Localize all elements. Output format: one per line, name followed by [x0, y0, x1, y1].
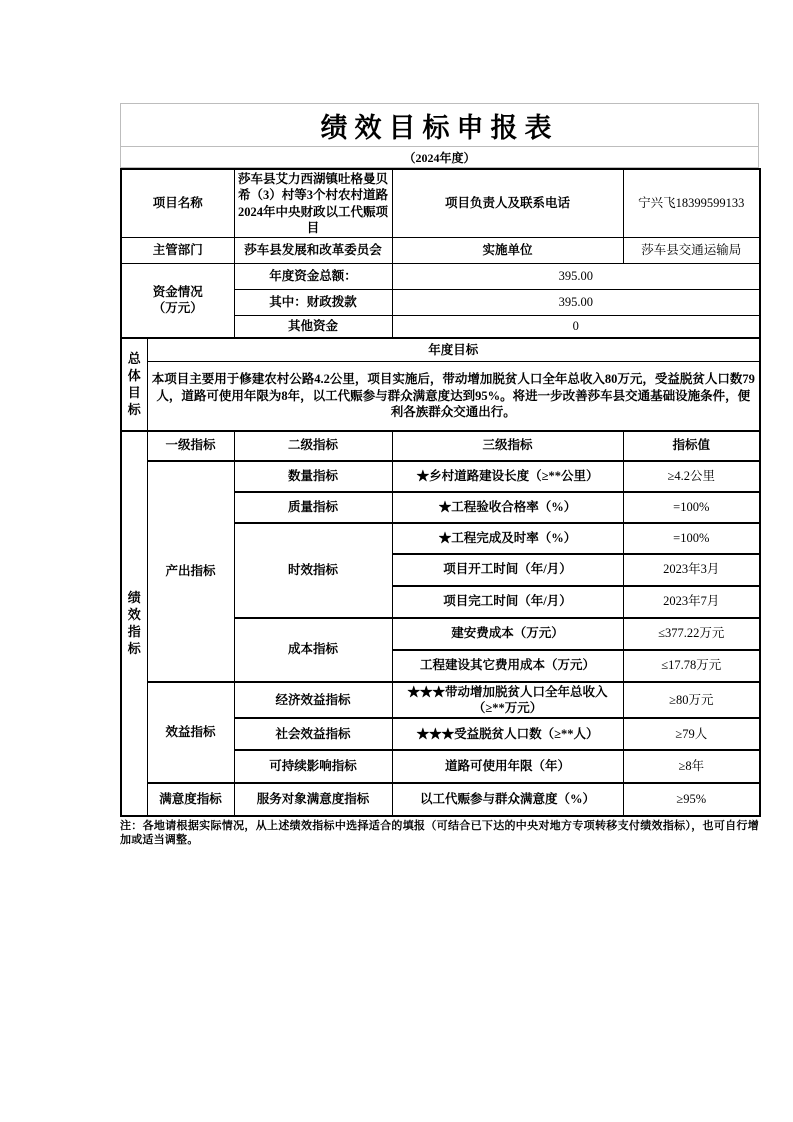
performance-target-table: 项目名称 莎车县艾力西湖镇吐格曼贝希（3）村等3个村农村道路2024年中央财政以…: [120, 168, 761, 817]
annual-goal-header: 年度目标: [147, 338, 760, 362]
indicator-name: ★工程完成及时率（%）: [392, 523, 623, 554]
funding-fiscal-label: 其中：财政拨款: [234, 290, 392, 316]
indicator-name: 建安费成本（万元）: [392, 618, 623, 650]
page-subtitle: （2024年度）: [120, 147, 759, 168]
header-value: 指标值: [623, 431, 760, 461]
level1-benefit: 效益指标: [147, 682, 234, 784]
indicator-name: 工程建设其它费用成本（万元）: [392, 650, 623, 682]
implementing-unit-value: 莎车县交通运输局: [623, 238, 760, 264]
indicator-name: ★★★带动增加脱贫人口全年总收入（≥**万元）: [392, 682, 623, 719]
document-page: 绩效目标申报表 （2024年度） 项目名称 莎车县艾力西湖镇吐格曼贝希（3）村等…: [0, 0, 793, 1122]
header-level1: 一级指标: [147, 431, 234, 461]
funding-total-row: 资金情况 （万元） 年度资金总额： 395.00: [121, 264, 760, 290]
indicator-value: ≥79人: [623, 718, 760, 750]
funding-other-label: 其他资金: [234, 316, 392, 338]
funding-section-label: 资金情况 （万元）: [121, 264, 234, 338]
annual-goal-text-row: 本项目主要用于修建农村公路4.2公里，项目实施后，带动增加脱贫人口全年总收入80…: [121, 362, 760, 431]
indicator-value: ≤17.78万元: [623, 650, 760, 682]
indicator-row: 满意度指标 服务对象满意度指标 以工代赈参与群众满意度（%） ≥95%: [121, 783, 760, 816]
department-row: 主管部门 莎车县发展和改革委员会 实施单位 莎车县交通运输局: [121, 238, 760, 264]
indicator-value: ≤377.22万元: [623, 618, 760, 650]
level2-quantity: 数量指标: [234, 461, 392, 492]
indicator-section-label-text: 绩效指标: [127, 589, 141, 657]
indicator-name: 项目完工时间（年/月）: [392, 586, 623, 618]
manager-label: 项目负责人及联系电话: [392, 169, 623, 238]
project-name-value: 莎车县艾力西湖镇吐格曼贝希（3）村等3个村农村道路2024年中央财政以工代赈项目: [234, 169, 392, 238]
indicator-value: =100%: [623, 523, 760, 554]
level1-satisfaction: 满意度指标: [147, 783, 234, 816]
indicator-value: ≥95%: [623, 783, 760, 816]
project-name-label: 项目名称: [121, 169, 234, 238]
indicator-name: 道路可使用年限（年）: [392, 750, 623, 783]
project-row: 项目名称 莎车县艾力西湖镇吐格曼贝希（3）村等3个村农村道路2024年中央财政以…: [121, 169, 760, 238]
level2-social: 社会效益指标: [234, 718, 392, 750]
level2-service-satisfaction: 服务对象满意度指标: [234, 783, 392, 816]
level2-sustainability: 可持续影响指标: [234, 750, 392, 783]
indicator-name: 项目开工时间（年/月）: [392, 554, 623, 586]
indicator-value: =100%: [623, 492, 760, 523]
manager-value: 宁兴飞18399599133: [623, 169, 760, 238]
indicator-row: 产出指标 数量指标 ★乡村道路建设长度（≥**公里） ≥4.2公里: [121, 461, 760, 492]
indicator-value: ≥4.2公里: [623, 461, 760, 492]
footnote: 注：各地请根据实际情况，从上述绩效指标中选择适合的填报（可结合已下达的中央对地方…: [120, 820, 759, 848]
implementing-unit-label: 实施单位: [392, 238, 623, 264]
level2-cost: 成本指标: [234, 618, 392, 682]
funding-other-value: 0: [392, 316, 760, 338]
indicator-value: 2023年3月: [623, 554, 760, 586]
indicator-value: ≥80万元: [623, 682, 760, 719]
form-content: 绩效目标申报表 （2024年度） 项目名称 莎车县艾力西湖镇吐格曼贝希（3）村等…: [120, 103, 759, 848]
indicator-row: 效益指标 经济效益指标 ★★★带动增加脱贫人口全年总收入（≥**万元） ≥80万…: [121, 682, 760, 719]
level1-output: 产出指标: [147, 461, 234, 682]
indicator-name: ★乡村道路建设长度（≥**公里）: [392, 461, 623, 492]
header-level3: 三级指标: [392, 431, 623, 461]
indicator-name: ★★★受益脱贫人口数（≥**人）: [392, 718, 623, 750]
overall-goal-section-label: 总体目标: [121, 338, 147, 431]
indicator-section-label: 绩效指标: [121, 431, 147, 817]
header-level2: 二级指标: [234, 431, 392, 461]
page-title: 绩效目标申报表: [120, 103, 759, 147]
level2-timeliness: 时效指标: [234, 523, 392, 618]
annual-goal-text: 本项目主要用于修建农村公路4.2公里，项目实施后，带动增加脱贫人口全年总收入80…: [147, 362, 760, 431]
level2-economic: 经济效益指标: [234, 682, 392, 719]
indicator-name: 以工代赈参与群众满意度（%）: [392, 783, 623, 816]
funding-total-value: 395.00: [392, 264, 760, 290]
indicator-header-row: 绩效指标 一级指标 二级指标 三级指标 指标值: [121, 431, 760, 461]
level2-quality: 质量指标: [234, 492, 392, 523]
funding-total-label: 年度资金总额：: [234, 264, 392, 290]
indicator-name: ★工程验收合格率（%）: [392, 492, 623, 523]
indicator-value: ≥8年: [623, 750, 760, 783]
department-label: 主管部门: [121, 238, 234, 264]
overall-goal-section-label-text: 总体目标: [127, 350, 141, 418]
annual-goal-header-row: 总体目标 年度目标: [121, 338, 760, 362]
funding-fiscal-value: 395.00: [392, 290, 760, 316]
indicator-value: 2023年7月: [623, 586, 760, 618]
department-value: 莎车县发展和改革委员会: [234, 238, 392, 264]
